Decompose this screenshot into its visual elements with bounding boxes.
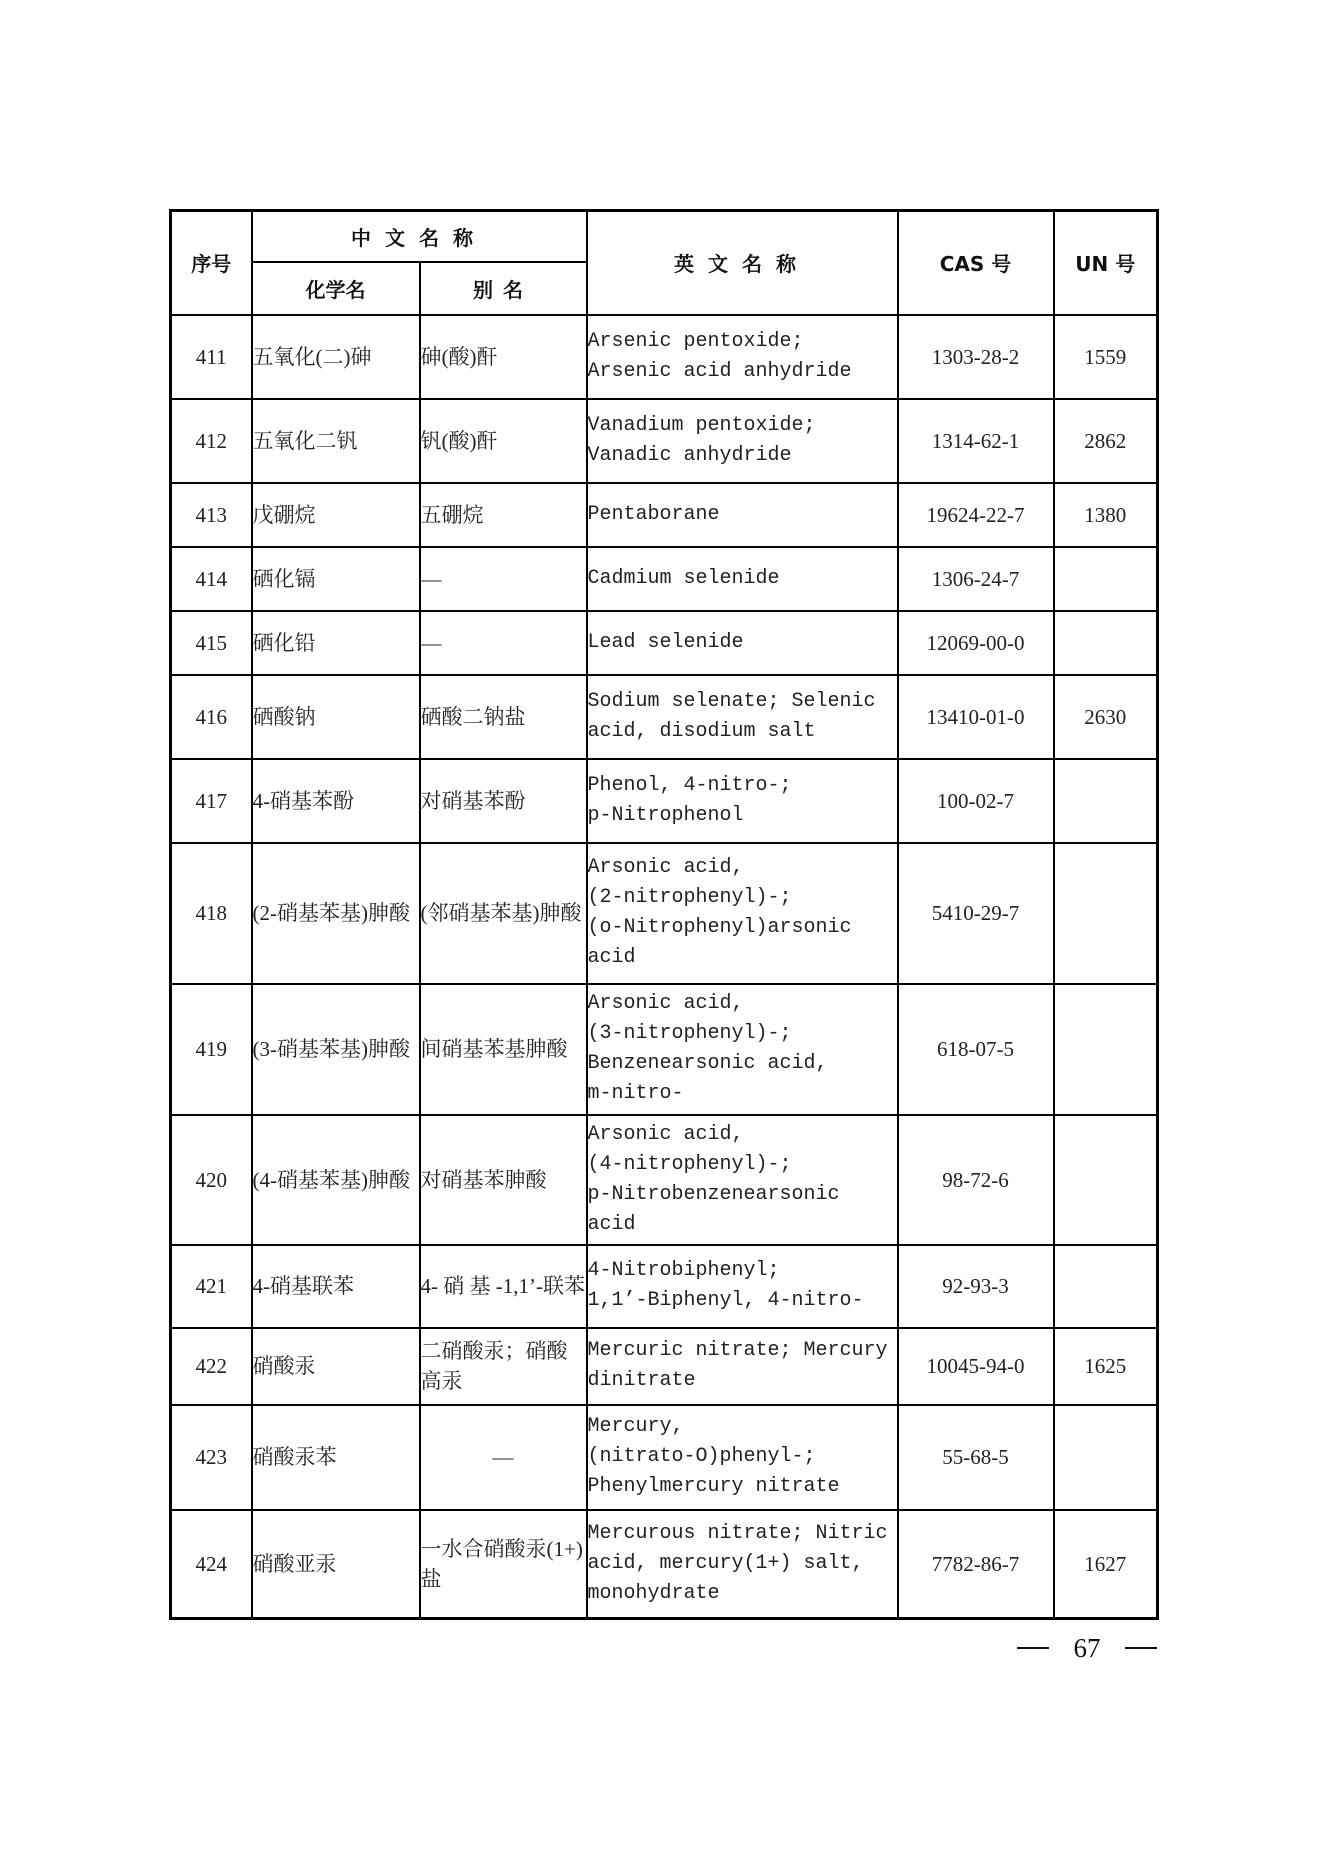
- cell-alias: —: [420, 1405, 587, 1510]
- cell-cas-number: 5410-29-7: [898, 843, 1054, 984]
- cell-alias: 对硝基苯酚: [420, 759, 587, 843]
- cell-seq: 417: [171, 759, 252, 843]
- cell-chemical-name: (3-硝基苯基)胂酸: [252, 984, 420, 1115]
- cell-cas-number: 7782-86-7: [898, 1510, 1054, 1619]
- header-cas: CAS 号: [898, 211, 1054, 315]
- table-row: 4174-硝基苯酚对硝基苯酚Phenol, 4-nitro-; p-Nitrop…: [171, 759, 1158, 843]
- cell-seq: 421: [171, 1245, 252, 1328]
- cell-seq: 414: [171, 547, 252, 611]
- cell-english-name: Vanadium pentoxide; Vanadic anhydride: [587, 399, 898, 483]
- page-number-text: 67: [1074, 1633, 1101, 1664]
- header-cn-name-group: 中文名称: [252, 211, 587, 262]
- cell-alias: 硒酸二钠盐: [420, 675, 587, 759]
- cell-cas-number: 13410-01-0: [898, 675, 1054, 759]
- cell-chemical-name: 硒化铅: [252, 611, 420, 675]
- cell-seq: 423: [171, 1405, 252, 1510]
- cell-alias: 二硝酸汞；硝酸高汞: [420, 1328, 587, 1405]
- cell-english-name: Sodium selenate; Selenic acid, disodium …: [587, 675, 898, 759]
- cell-seq: 416: [171, 675, 252, 759]
- hazardous-chemicals-table: 序号 中文名称 英文名称 CAS 号 UN 号 化学名 别名 411五氧化(二)…: [169, 209, 1159, 1620]
- cell-cas-number: 98-72-6: [898, 1115, 1054, 1245]
- header-en-name: 英文名称: [587, 211, 898, 315]
- cell-seq: 413: [171, 483, 252, 547]
- cell-english-name: Mercury, (nitrato-O)phenyl-; Phenylmercu…: [587, 1405, 898, 1510]
- cell-english-name: Arsonic acid, (2-nitrophenyl)-; (o-Nitro…: [587, 843, 898, 984]
- cell-un-number: [1054, 1245, 1158, 1328]
- cell-english-name: Mercurous nitrate; Nitric acid, mercury(…: [587, 1510, 898, 1619]
- cell-alias: —: [420, 611, 587, 675]
- cell-cas-number: 55-68-5: [898, 1405, 1054, 1510]
- cell-alias: 一水合硝酸汞(1+)盐: [420, 1510, 587, 1619]
- table-row: 415硒化铅—Lead selenide12069-00-0: [171, 611, 1158, 675]
- cell-chemical-name: 硝酸亚汞: [252, 1510, 420, 1619]
- cell-seq: 418: [171, 843, 252, 984]
- cell-english-name: Pentaborane: [587, 483, 898, 547]
- cell-cas-number: 12069-00-0: [898, 611, 1054, 675]
- cell-english-name: Phenol, 4-nitro-; p-Nitrophenol: [587, 759, 898, 843]
- cell-cas-number: 1314-62-1: [898, 399, 1054, 483]
- table-row: 412五氧化二钒钒(酸)酐Vanadium pentoxide; Vanadic…: [171, 399, 1158, 483]
- cell-alias: 钒(酸)酐: [420, 399, 587, 483]
- cell-un-number: 1559: [1054, 315, 1158, 399]
- cell-un-number: 1380: [1054, 483, 1158, 547]
- cell-alias: 4- 硝 基 -1,1’-联苯: [420, 1245, 587, 1328]
- table-row: 413戊硼烷五硼烷Pentaborane19624-22-71380: [171, 483, 1158, 547]
- header-cn-chemical-name: 化学名: [252, 262, 420, 315]
- cell-cas-number: 92-93-3: [898, 1245, 1054, 1328]
- table-row: 424硝酸亚汞一水合硝酸汞(1+)盐Mercurous nitrate; Nit…: [171, 1510, 1158, 1619]
- cell-chemical-name: 硝酸汞: [252, 1328, 420, 1405]
- cell-un-number: [1054, 611, 1158, 675]
- table-row: 423硝酸汞苯—Mercury, (nitrato-O)phenyl-; Phe…: [171, 1405, 1158, 1510]
- cell-un-number: [1054, 843, 1158, 984]
- cell-seq: 411: [171, 315, 252, 399]
- cell-un-number: 2862: [1054, 399, 1158, 483]
- cell-un-number: [1054, 759, 1158, 843]
- table-body: 411五氧化(二)砷砷(酸)酐Arsenic pentoxide; Arseni…: [171, 315, 1158, 1619]
- table-row: 414硒化镉—Cadmium selenide1306-24-7: [171, 547, 1158, 611]
- cell-seq: 415: [171, 611, 252, 675]
- cell-chemical-name: 硒化镉: [252, 547, 420, 611]
- cell-chemical-name: 4-硝基苯酚: [252, 759, 420, 843]
- cell-seq: 424: [171, 1510, 252, 1619]
- table-row: 4214-硝基联苯4- 硝 基 -1,1’-联苯4-Nitrobiphenyl;…: [171, 1245, 1158, 1328]
- table-row: 419(3-硝基苯基)胂酸间硝基苯基胂酸Arsonic acid, (3-nit…: [171, 984, 1158, 1115]
- cell-un-number: 1627: [1054, 1510, 1158, 1619]
- table-row: 416硒酸钠硒酸二钠盐Sodium selenate; Selenic acid…: [171, 675, 1158, 759]
- cell-chemical-name: 五氧化(二)砷: [252, 315, 420, 399]
- cell-un-number: 1625: [1054, 1328, 1158, 1405]
- cell-chemical-name: (4-硝基苯基)胂酸: [252, 1115, 420, 1245]
- cell-alias: —: [420, 547, 587, 611]
- cell-alias: 对硝基苯胂酸: [420, 1115, 587, 1245]
- cell-english-name: Mercuric nitrate; Mercury dinitrate: [587, 1328, 898, 1405]
- cell-un-number: 2630: [1054, 675, 1158, 759]
- cell-seq: 419: [171, 984, 252, 1115]
- cell-un-number: [1054, 547, 1158, 611]
- cell-alias: 间硝基苯基胂酸: [420, 984, 587, 1115]
- dash-left: [1017, 1647, 1049, 1649]
- cell-seq: 420: [171, 1115, 252, 1245]
- table-row: 420(4-硝基苯基)胂酸对硝基苯胂酸Arsonic acid, (4-nitr…: [171, 1115, 1158, 1245]
- cell-cas-number: 10045-94-0: [898, 1328, 1054, 1405]
- table-row: 411五氧化(二)砷砷(酸)酐Arsenic pentoxide; Arseni…: [171, 315, 1158, 399]
- cell-alias: (邻硝基苯基)胂酸: [420, 843, 587, 984]
- cell-english-name: Arsenic pentoxide; Arsenic acid anhydrid…: [587, 315, 898, 399]
- cell-cas-number: 100-02-7: [898, 759, 1054, 843]
- cell-cas-number: 618-07-5: [898, 984, 1054, 1115]
- cell-chemical-name: 五氧化二钒: [252, 399, 420, 483]
- cell-seq: 412: [171, 399, 252, 483]
- page-number: 67: [1017, 1630, 1157, 1666]
- cell-un-number: [1054, 1405, 1158, 1510]
- cell-cas-number: 1306-24-7: [898, 547, 1054, 611]
- cell-chemical-name: 戊硼烷: [252, 483, 420, 547]
- cell-alias: 五硼烷: [420, 483, 587, 547]
- table-row: 422硝酸汞二硝酸汞；硝酸高汞Mercuric nitrate; Mercury…: [171, 1328, 1158, 1405]
- cell-chemical-name: 硝酸汞苯: [252, 1405, 420, 1510]
- cell-english-name: Cadmium selenide: [587, 547, 898, 611]
- cell-chemical-name: (2-硝基苯基)胂酸: [252, 843, 420, 984]
- cell-english-name: Arsonic acid, (3-nitrophenyl)-; Benzenea…: [587, 984, 898, 1115]
- cell-un-number: [1054, 984, 1158, 1115]
- cell-chemical-name: 4-硝基联苯: [252, 1245, 420, 1328]
- cell-cas-number: 1303-28-2: [898, 315, 1054, 399]
- header-un: UN 号: [1054, 211, 1158, 315]
- document-page: 序号 中文名称 英文名称 CAS 号 UN 号 化学名 别名 411五氧化(二)…: [0, 0, 1323, 1871]
- cell-english-name: 4-Nitrobiphenyl; 1,1’-Biphenyl, 4-nitro-: [587, 1245, 898, 1328]
- header-cn-alias: 别名: [420, 262, 587, 315]
- dash-right: [1125, 1647, 1157, 1649]
- cell-english-name: Lead selenide: [587, 611, 898, 675]
- header-seq: 序号: [171, 211, 252, 315]
- cell-un-number: [1054, 1115, 1158, 1245]
- cell-cas-number: 19624-22-7: [898, 483, 1054, 547]
- cell-chemical-name: 硒酸钠: [252, 675, 420, 759]
- table-row: 418(2-硝基苯基)胂酸(邻硝基苯基)胂酸Arsonic acid, (2-n…: [171, 843, 1158, 984]
- cell-alias: 砷(酸)酐: [420, 315, 587, 399]
- cell-seq: 422: [171, 1328, 252, 1405]
- cell-english-name: Arsonic acid, (4-nitrophenyl)-; p-Nitrob…: [587, 1115, 898, 1245]
